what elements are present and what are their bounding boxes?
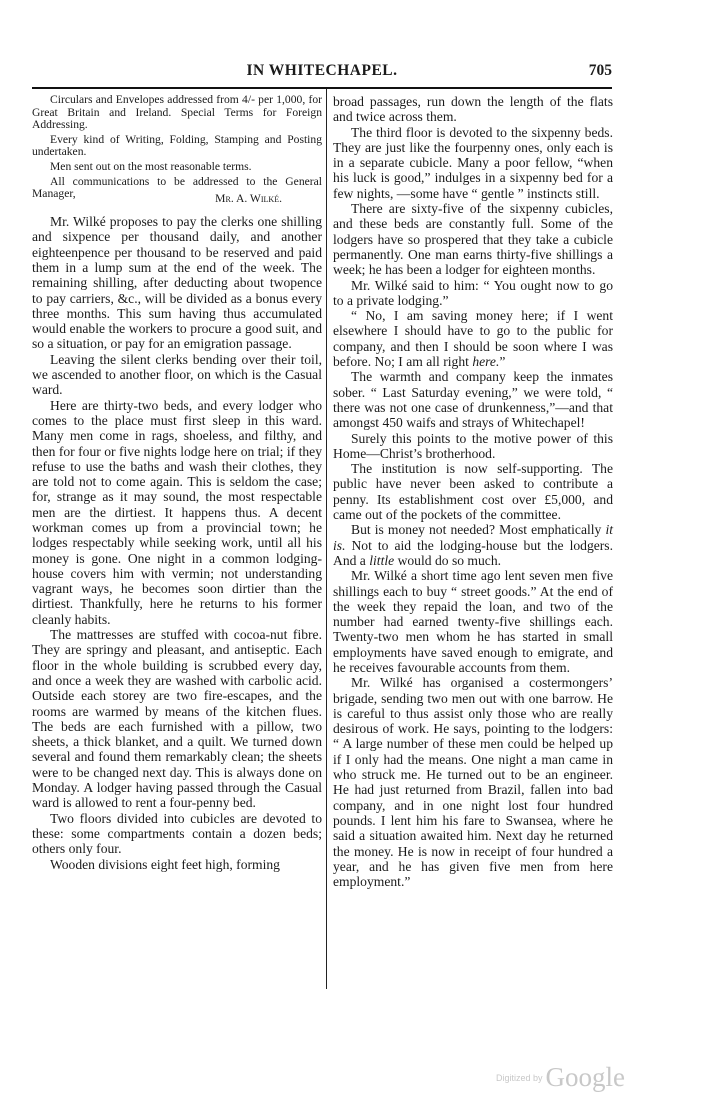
header-rule bbox=[32, 87, 612, 89]
paragraph: “ No, I am saving money here; if I went … bbox=[333, 308, 613, 369]
right-column: broad passages, run down the length of t… bbox=[333, 94, 613, 889]
ad-line: Men sent out on the most reasonable term… bbox=[32, 161, 322, 174]
page-number: 705 bbox=[589, 62, 612, 80]
paragraph: Two floors divided into cubicles are dev… bbox=[32, 811, 322, 857]
paragraph-text: But is money not needed? Most emphatical… bbox=[351, 522, 601, 537]
paragraph: The mattresses are stuffed with cocoa-nu… bbox=[32, 627, 322, 811]
running-title: IN WHITECHAPEL. bbox=[32, 62, 612, 80]
paragraph: The third floor is devoted to the sixpen… bbox=[333, 125, 613, 201]
paragraph: The institution is now self-supporting. … bbox=[333, 461, 613, 522]
left-column: Circulars and Envelopes addressed from 4… bbox=[32, 94, 322, 872]
paragraph: Leaving the silent clerks bending over t… bbox=[32, 352, 322, 398]
closing-quote: ” bbox=[499, 354, 505, 369]
paragraph: Mr. Wilké said to him: “ You ought now t… bbox=[333, 278, 613, 309]
paragraph: But is money not needed? Most emphatical… bbox=[333, 522, 613, 568]
paragraph: Mr. Wilké proposes to pay the clerks one… bbox=[32, 214, 322, 352]
running-head: IN WHITECHAPEL. 705 bbox=[32, 62, 612, 84]
paragraph: Mr. Wilké has organised a costermongers’… bbox=[333, 675, 613, 889]
google-logo: Google bbox=[546, 1062, 625, 1092]
paragraph: Surely this points to the motive power o… bbox=[333, 431, 613, 462]
watermark-prefix: Digitized by bbox=[496, 1073, 543, 1083]
column-divider bbox=[326, 89, 327, 989]
paragraph: There are sixty-five of the sixpenny cub… bbox=[333, 201, 613, 277]
continued-paragraph: broad passages, run down the length of t… bbox=[333, 94, 613, 125]
paragraph: Mr. Wilké a short time ago lent seven me… bbox=[333, 568, 613, 675]
paragraph: The warmth and company keep the inmates … bbox=[333, 369, 613, 430]
paragraph: Wooden divisions eight feet high, formin… bbox=[32, 857, 322, 872]
paragraph: Here are thirty-two beds, and every lodg… bbox=[32, 398, 322, 627]
italic-emphasis: little bbox=[369, 553, 394, 568]
ad-line: Circulars and Envelopes addressed from 4… bbox=[32, 94, 322, 132]
ad-line: Every kind of Writing, Folding, Stamping… bbox=[32, 134, 322, 159]
digitization-watermark: Digitized byGoogle bbox=[496, 1062, 625, 1093]
book-page: IN WHITECHAPEL. 705 Circulars and Envelo… bbox=[0, 0, 717, 1111]
advertisement-block: Circulars and Envelopes addressed from 4… bbox=[32, 94, 322, 206]
paragraph-text: would do so much. bbox=[394, 553, 501, 568]
italic-emphasis: here. bbox=[472, 354, 499, 369]
